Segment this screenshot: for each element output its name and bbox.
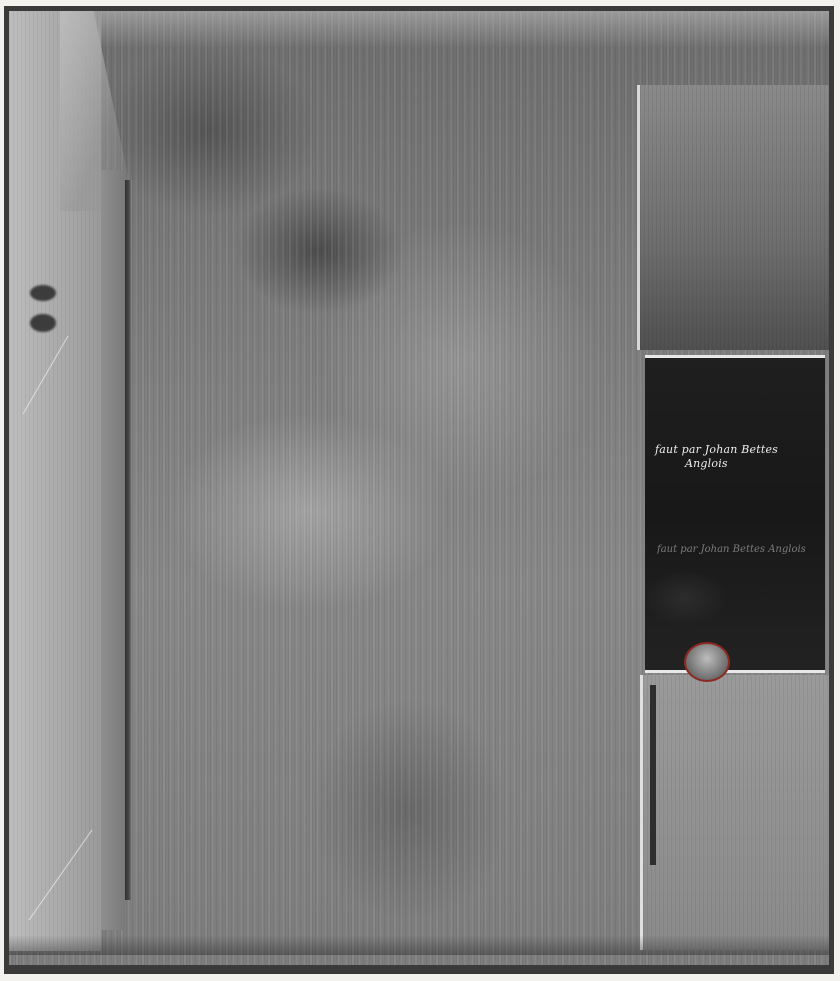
panel-photograph: faut par Johan Bettes Anglois faut par J… xyxy=(0,0,840,981)
frame-edge xyxy=(4,6,834,974)
